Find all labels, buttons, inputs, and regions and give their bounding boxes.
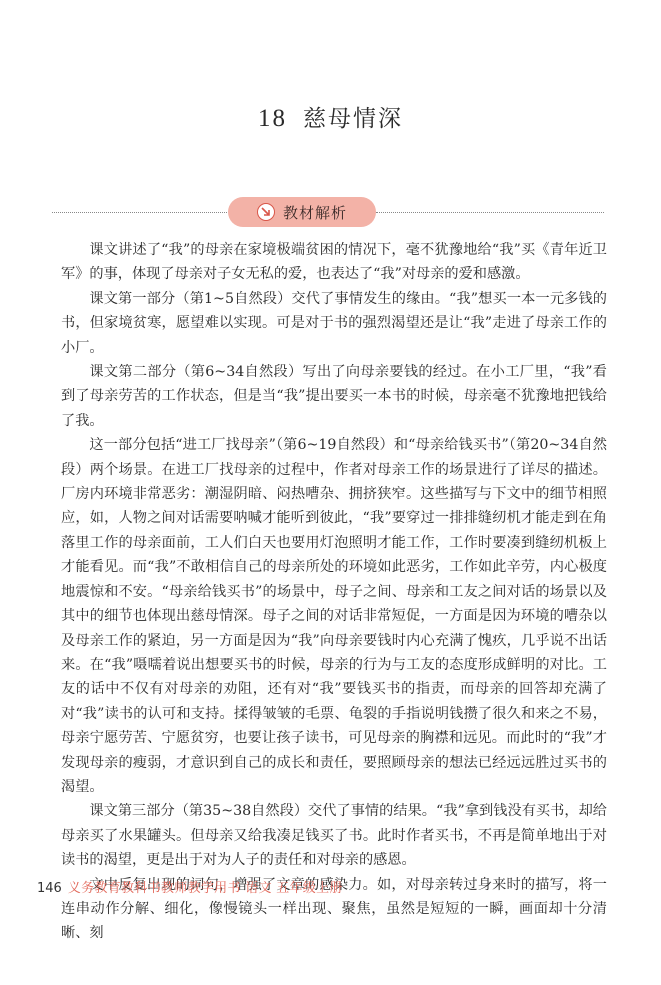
section-header: 教材解析 xyxy=(52,197,604,227)
dotted-divider-right xyxy=(376,212,604,213)
paragraph: 课文第三部分（第35~38自然段）交代了事情的结果。“我”拿到钱没有买书，却给母… xyxy=(61,799,607,872)
arrow-down-right-circle-icon xyxy=(257,203,275,221)
body-text: 课文讲述了“我”的母亲在家境极端贫困的情况下，毫不犹豫地给“我”买《青年近卫军》… xyxy=(61,238,607,946)
paragraph: 课文第二部分（第6~34自然段）写出了向母亲要钱的经过。在小工厂里，“我”看到了… xyxy=(61,360,607,433)
section-badge: 教材解析 xyxy=(228,197,376,227)
section-label: 教材解析 xyxy=(283,202,347,223)
paragraph: 课文讲述了“我”的母亲在家境极端贫困的情况下，毫不犹豫地给“我”买《青年近卫军》… xyxy=(61,238,607,287)
lesson-title-text: 慈母情深 xyxy=(303,106,403,132)
page-footer: 146义务教育教科书教师教学用书 语文 五年级上册 xyxy=(37,877,343,896)
dotted-divider-left xyxy=(52,212,227,213)
book-title: 义务教育教科书教师教学用书 语文 五年级上册 xyxy=(68,881,343,896)
lesson-number: 18 xyxy=(258,105,287,132)
paragraph: 课文第一部分（第1~5自然段）交代了事情发生的缘由。“我”想买一本一元多钱的书，… xyxy=(61,287,607,360)
paragraph: 这一部分包括“进工厂找母亲”（第6~19自然段）和“母亲给钱买书”（第20~34… xyxy=(61,433,607,799)
page-number: 146 xyxy=(37,881,62,896)
lesson-title: 18慈母情深 xyxy=(0,100,661,133)
